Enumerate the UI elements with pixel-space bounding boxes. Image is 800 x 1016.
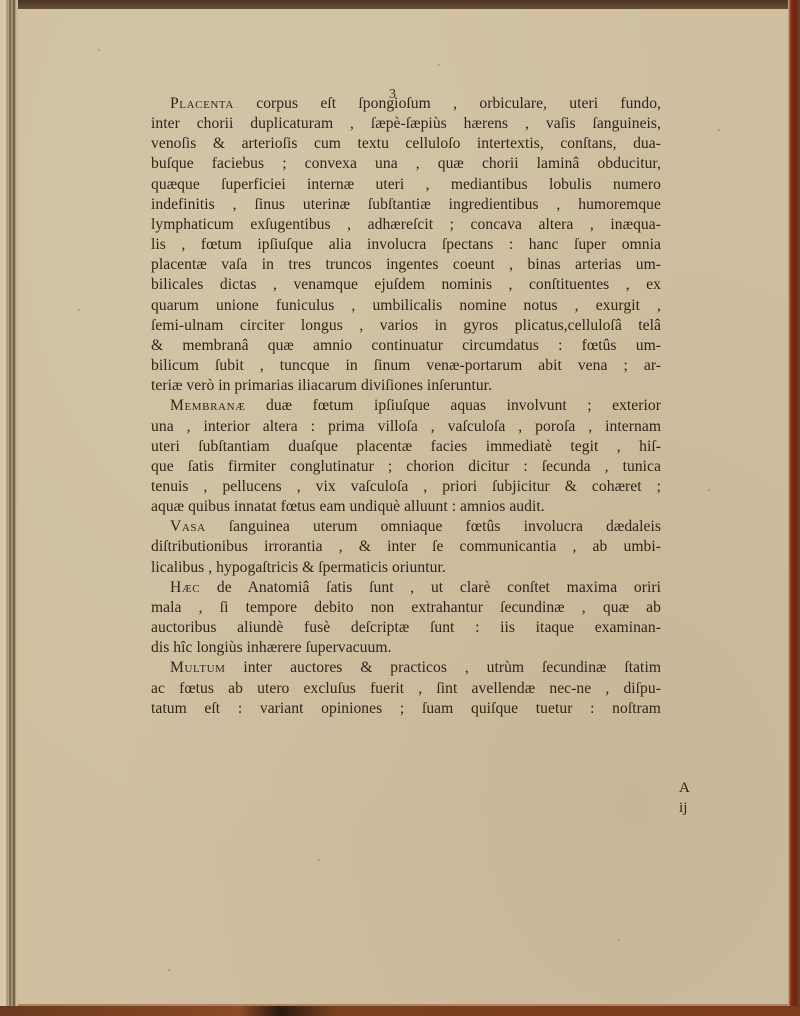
paper-speck [98,49,100,51]
text-line: lis , fœtum ipſiuſque alia involucra ſpe… [151,235,661,255]
paper-speck [618,939,620,941]
text-line: Hæc de Anatomiâ ſatis ſunt , ut clarè co… [151,578,661,598]
text-line: lymphaticum exſugentibus , adhæreſcit ; … [151,215,661,235]
body-text: Placenta corpus eſt ſpongioſum , orbicul… [151,94,661,719]
paragraph-multum: Multum inter auctores & practicos , utrù… [151,658,661,718]
paragraph-haec: Hæc de Anatomiâ ſatis ſunt , ut clarè co… [151,578,661,659]
text-line: quarum unione funiculus , umbilicalis no… [151,296,661,316]
paragraph-lead-word: Hæc [170,579,200,596]
signature-mark: A ij [679,778,689,818]
text-line: tatum eſt : variant opiniones ; ſuam qui… [151,699,661,719]
text-line: licalibus , hypogaſtricis & ſpermaticis … [151,558,661,578]
text-line: dis hîc longiùs inhærere ſupervacuum. [151,638,661,658]
text-line: Vasa ſanguinea uterum omniaque fœtûs inv… [151,517,661,537]
paragraph-lead-word: Vasa [170,518,206,535]
text-line: Membranæ duæ fœtum ipſiuſque aquas invol… [151,396,661,416]
text-line: inter chorii duplicaturam , ſæpè-ſæpiùs … [151,114,661,134]
page-fore-edge [788,0,800,1016]
paper-speck [708,489,710,491]
text-line: que ſatis firmiter conglutinatur ; chori… [151,457,661,477]
paper-speck [438,64,440,66]
text-line: Multum inter auctores & practicos , utrù… [151,658,661,678]
text-line: Placenta corpus eſt ſpongioſum , orbicul… [151,94,661,114]
text-line: diſtributionibus irrorantia , & inter ſe… [151,537,661,557]
text-line: placentæ vaſa in tres truncos ingentes c… [151,255,661,275]
paragraph-lead-word: Membranæ [170,397,246,414]
text-line: una , interior altera : prima villoſa , … [151,417,661,437]
paragraph-lead-word: Placenta [170,95,234,112]
paper-speck [318,859,320,861]
text-line: bilicum ſubit , tuncque in ſinum venæ-po… [151,356,661,376]
text-line: buſque faciebus ; convexa una , quæ chor… [151,154,661,174]
text-line: tenuis , pellucens , vix vaſculoſa , pri… [151,477,661,497]
text-line: ac fœtus ab utero excluſus fuerit , ſint… [151,679,661,699]
text-line: ſemi-ulnam circiter longus , varios in g… [151,316,661,336]
text-line: teriæ verò in primarias iliacarum diviſi… [151,376,661,396]
paragraph-lead-word: Multum [170,659,226,676]
paragraph-membranae: Membranæ duæ fœtum ipſiuſque aquas invol… [151,396,661,517]
text-line: & membranâ quæ amnio continuatur circumd… [151,336,661,356]
text-line: quæque ſuperficiei internæ uteri , media… [151,175,661,195]
paper-speck [168,969,170,971]
text-line: aquæ quibus innatat fœtus eam undiquè al… [151,497,661,517]
paper-speck [78,309,80,311]
scan-top-edge [0,0,800,9]
text-line: bilicales dictas , venamque ejuſdem nomi… [151,275,661,295]
paragraph-placenta: Placenta corpus eſt ſpongioſum , orbicul… [151,94,661,396]
text-line: mala , ſi tempore debito non extrahantur… [151,598,661,618]
text-line: auctoribus aliundè fusè deſcriptæ ſunt :… [151,618,661,638]
text-line: uteri ſubſtantiam duaſque placentæ facie… [151,437,661,457]
scan-bottom-edge [0,1006,800,1016]
text-line: venoſis & arterioſis cum textu celluloſo… [151,134,661,154]
text-line: indefinitis , ſinus uterinæ ſubſtantiæ i… [151,195,661,215]
paragraph-vasa: Vasa ſanguinea uterum omniaque fœtûs inv… [151,517,661,577]
book-page: 3 Placenta corpus eſt ſpongioſum , orbic… [18,9,788,1006]
paper-speck [718,129,720,131]
book-binding-edge [0,0,18,1016]
